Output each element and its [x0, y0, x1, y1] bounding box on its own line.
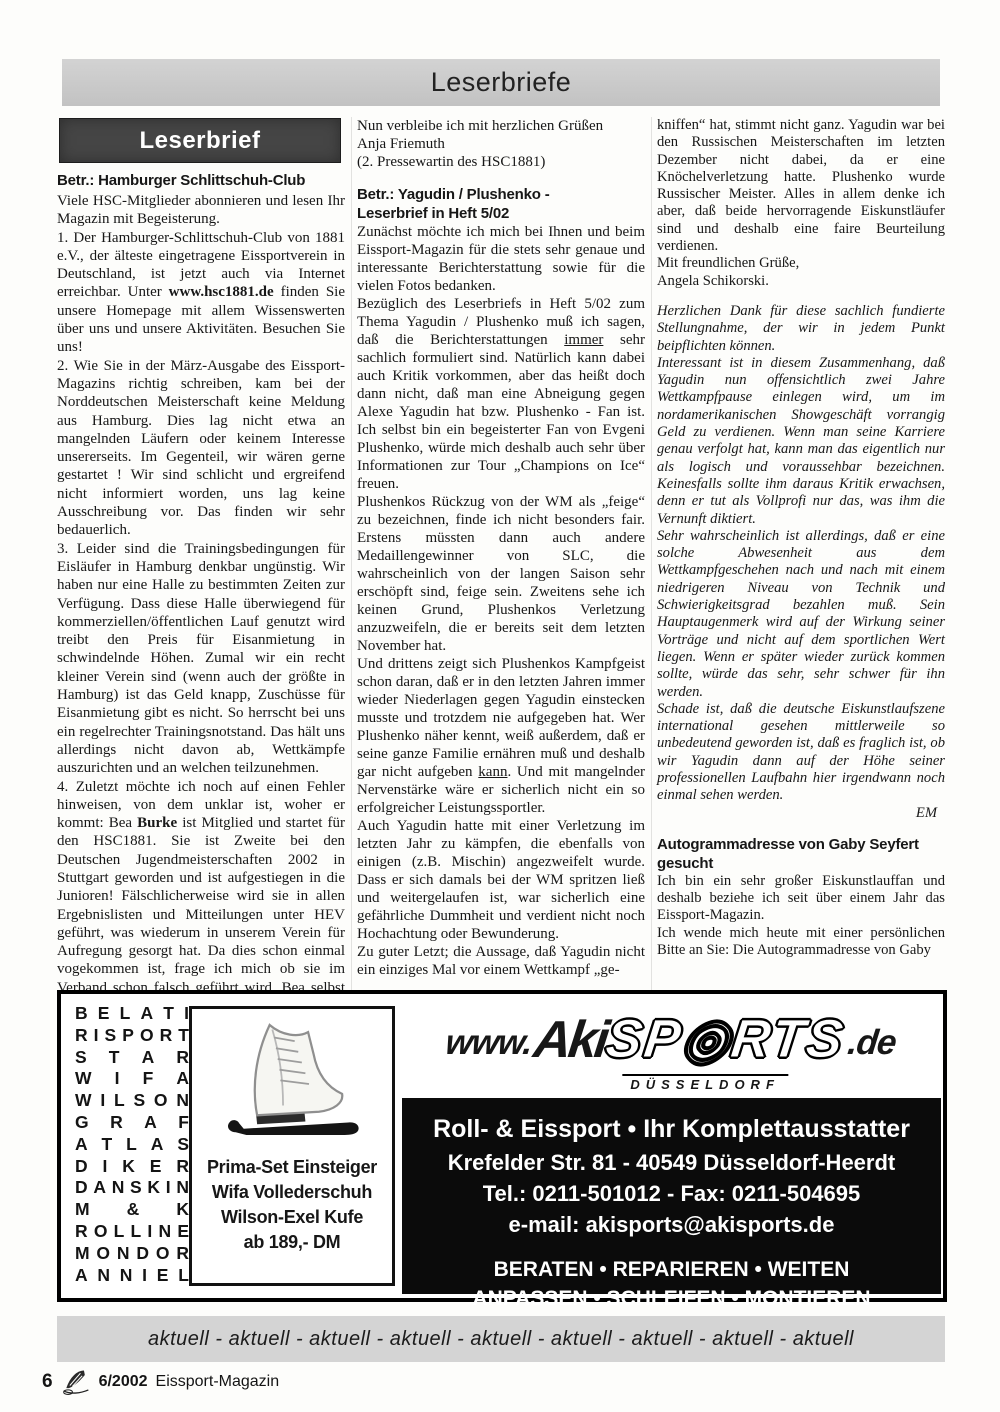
aktuell-banner: aktuell - aktuell - aktuell - aktuell - … [57, 1316, 945, 1362]
prima-set-box: Prima-Set EinsteigerWifa VollederschuhWi… [189, 1006, 395, 1286]
paragraph: Viele HSC-Mitglieder abonnieren und lese… [57, 192, 345, 229]
column-right: kniffen“ hat, stimmt nicht ganz. Yagudin… [651, 117, 945, 1002]
column-left: Leserbrief Betr.: Hamburger Schlittschuh… [57, 117, 351, 1002]
subject-heading-line: Autogrammadresse von Gaby Seyfert [657, 835, 945, 854]
brand-item: ATLAS [75, 1134, 189, 1156]
text-segment: Zunächst möchte ich mich bei Ihnen und b… [357, 224, 645, 294]
paragraph: Herzlichen Dank für diese sachlich fundi… [657, 303, 945, 355]
text-segment: Burke [137, 815, 177, 831]
text-segment: Schade ist, daß die deutsche Eiskunstlau… [657, 701, 945, 803]
paragraph: Schade ist, daß die deutsche Eiskunstlau… [657, 701, 945, 805]
letter1-body: Viele HSC-Mitglieder abonnieren und lese… [57, 192, 345, 1034]
leserbrief-section-box: Leserbrief [59, 118, 341, 163]
brand-list: BELATIRISPORTSTARWIFAWILSONGRAFATLASDIKE… [75, 1003, 189, 1286]
subject-heading-line: Leserbrief in Heft 5/02 [357, 204, 645, 223]
subject-heading-line: gesucht [657, 854, 945, 873]
text-segment: Auch Yagudin hatte mit einer Verletzung … [357, 818, 645, 942]
aktuell-banner-text: aktuell - aktuell - aktuell - aktuell - … [148, 1328, 854, 1351]
akisports-logo: www. Aki SP◎RTS .de DÜSSELDORF [406, 998, 938, 1096]
paragraph: 1. Der Hamburger-Schlittschuh-Club von 1… [57, 229, 345, 357]
text-segment: Und drittens zeigt sich Plushenkos Kampf… [357, 656, 645, 780]
magazine-page: Leserbriefe Leserbrief Betr.: Hamburger … [0, 0, 1000, 1412]
text-segment: Ich bin ein sehr großer Eiskunstlauffan … [657, 873, 945, 924]
signature-line: Mit freundlichen Grüße, [657, 255, 945, 272]
letter2-body-continued: kniffen“ hat, stimmt nicht ganz. Yagudin… [657, 117, 945, 255]
ad-services-line1: BERATEN • REPARIEREN • WEITEN [402, 1255, 941, 1284]
logo-www-text: www. [443, 1025, 536, 1066]
closing-line: (2. Pressewartin des HSC1881) [357, 153, 645, 171]
page-number: 6 [42, 1371, 53, 1393]
article-columns: Leserbrief Betr.: Hamburger Schlittschuh… [57, 117, 945, 1002]
ad-address: Krefelder Str. 81 - 40549 Düsseldorf-Hee… [402, 1147, 941, 1178]
brand-item: M & K [75, 1199, 189, 1221]
letter2-body: Zunächst möchte ich mich bei Ihnen und b… [357, 223, 645, 979]
subject-heading-line: Betr.: Yagudin / Plushenko - [357, 185, 645, 204]
brand-item: STAR [75, 1047, 189, 1069]
skate-logo-icon [61, 1366, 91, 1398]
brand-item: MONDOR [75, 1243, 189, 1265]
brand-item: GRAF [75, 1112, 189, 1134]
brand-item: BELATI [75, 1003, 189, 1025]
letter1-subject-heading: Betr.: Hamburger Schlittschuh-Club [57, 171, 345, 190]
brand-item: DANSKIN [75, 1177, 189, 1199]
prima-offer-line: Wilson-Exel Kufe [192, 1205, 392, 1230]
brand-item: WIFA [75, 1068, 189, 1090]
paragraph: Zunächst möchte ich mich bei Ihnen und b… [357, 223, 645, 295]
logo-city-text: DÜSSELDORF [622, 1074, 788, 1092]
closing-line: Nun verbleibe ich mit herzlichen Grüßen [357, 117, 645, 135]
logo-aki-text: Aki [531, 1014, 609, 1066]
letter3-subject-heading: Autogrammadresse von Gaby Seyfertgesucht [657, 835, 945, 873]
text-segment: 3. Leider sind die Trainingsbedingungen … [57, 541, 345, 777]
letter1-closing-lines: Nun verbleibe ich mit herzlichen GrüßenA… [357, 117, 645, 172]
text-segment: Herzlichen Dank für diese sachlich fundi… [657, 303, 945, 354]
prima-offer-text: Prima-Set EinsteigerWifa VollederschuhWi… [192, 1155, 392, 1255]
ad-services-line2: ANPASSEN • SCHLEIFEN • MONTIEREN [402, 1284, 941, 1313]
spacer [402, 1240, 941, 1255]
paragraph: Ich bin ein sehr großer Eiskunstlauffan … [657, 873, 945, 925]
logo-sports-text: SP◎RTS [603, 1012, 848, 1066]
text-segment: sehr sachlich formuliert sind. Natürlich… [357, 332, 645, 492]
text-segment: kniffen“ hat, stimmt nicht ganz. Yagudin… [657, 117, 945, 254]
paragraph: 3. Leider sind die Trainingsbedingungen … [57, 540, 345, 778]
signature-line: Angela Schikorski. [657, 273, 945, 290]
text-segment: immer [564, 332, 603, 348]
column-middle: Nun verbleibe ich mit herzlichen GrüßenA… [351, 117, 651, 1002]
prima-offer-line: Wifa Vollederschuh [192, 1180, 392, 1205]
brand-item: WILSON [75, 1090, 189, 1112]
brand-item: RISPORT [75, 1025, 189, 1047]
advertisement: BELATIRISPORTSTARWIFAWILSONGRAFATLASDIKE… [57, 990, 947, 1302]
text-segment: Sehr wahrscheinlich ist allerdings, daß … [657, 528, 945, 700]
ad-phone-fax: Tel.: 0211-501012 - Fax: 0211-504695 [402, 1178, 941, 1209]
paragraph: kniffen“ hat, stimmt nicht ganz. Yagudin… [657, 117, 945, 255]
text-segment: Ich wende mich heute mit einer persönlic… [657, 925, 945, 958]
magazine-name: Eissport-Magazin [156, 1373, 280, 1391]
ad-headline: Roll- & Eissport • Ihr Komplettausstatte… [402, 1112, 941, 1147]
prima-offer-line: Prima-Set Einsteiger [192, 1155, 392, 1180]
ad-email: e-mail: akisports@akisports.de [402, 1209, 941, 1240]
brand-item: ANNIEL [75, 1265, 189, 1287]
text-segment: Interessant ist in diesem Zusammenhang, … [657, 355, 945, 527]
page-title: Leserbriefe [431, 67, 572, 98]
paragraph: Auch Yagudin hatte mit einer Verletzung … [357, 817, 645, 943]
issue-number: 6/2002 [99, 1373, 148, 1391]
letter2-signature-lines: Mit freundlichen Grüße,Angela Schikorski… [657, 255, 945, 290]
paragraph: Plushenkos Rückzug von der WM als „feige… [357, 493, 645, 655]
editor-reply: Herzlichen Dank für diese sachlich fundi… [657, 303, 945, 805]
editor-initials: EM [657, 805, 945, 822]
text-segment: www.hsc1881.de [169, 284, 274, 300]
text-segment: Viele HSC-Mitglieder abonnieren und lese… [57, 193, 345, 227]
prima-offer-line: ab 189,- DM [192, 1230, 392, 1255]
akisports-wordmark: www. Aki SP◎RTS .de [402, 998, 942, 1066]
spacer [357, 172, 645, 185]
ice-skate-image [216, 1015, 368, 1153]
paragraph: Sehr wahrscheinlich ist allerdings, daß … [657, 528, 945, 701]
text-segment: Zu guter Letzt; die Aussage, daß Yagudin… [357, 944, 645, 978]
page-header-bar: Leserbriefe [62, 59, 940, 106]
brand-item: ROLLINE [75, 1221, 189, 1243]
spacer [657, 290, 945, 303]
paragraph: Zu guter Letzt; die Aussage, daß Yagudin… [357, 943, 645, 979]
letter3-body: Ich bin ein sehr großer Eiskunstlauffan … [657, 873, 945, 959]
closing-line: Anja Friemuth [357, 135, 645, 153]
paragraph: Und drittens zeigt sich Plushenkos Kampf… [357, 655, 645, 817]
letter2-subject-heading: Betr.: Yagudin / Plushenko -Leserbrief i… [357, 185, 645, 223]
ad-contact-box: Roll- & Eissport • Ihr Komplettausstatte… [402, 1098, 941, 1294]
spacer [657, 822, 945, 835]
text-segment: 2. Wie Sie in der März-Ausgabe des Eissp… [57, 358, 345, 539]
paragraph: Bezüglich des Leserbriefs in Heft 5/02 z… [357, 295, 645, 493]
logo-de-text: .de [841, 1025, 898, 1066]
page-footer: 6 6/2002 Eissport-Magazin [42, 1366, 279, 1398]
paragraph: Interessant ist in diesem Zusammenhang, … [657, 355, 945, 528]
text-segment: Plushenkos Rückzug von der WM als „feige… [357, 494, 645, 654]
paragraph: Ich wende mich heute mit einer persönlic… [657, 925, 945, 960]
text-segment: kann [478, 764, 507, 780]
paragraph: 2. Wie Sie in der März-Ausgabe des Eissp… [57, 357, 345, 540]
brand-item: DIKER [75, 1156, 189, 1178]
leserbrief-section-label: Leserbrief [139, 127, 260, 155]
